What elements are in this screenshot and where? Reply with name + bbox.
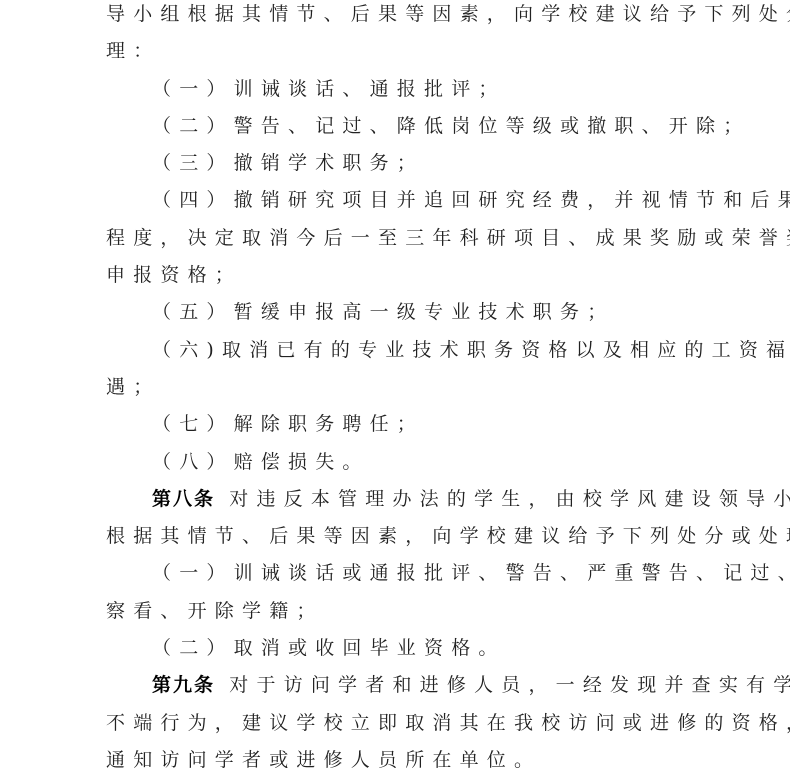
article-9-label: 第九条 [152,674,215,696]
article-8-heading-line: 第八条 对违反本管理办法的学生，由校学风建设领导小组 [106,481,696,518]
list-item: （四）撤销研究项目并追回研究经费，并视情节和后果严重 [106,182,696,219]
text-line: 根据其情节、后果等因素，向学校建议给予下列处分或处理： [106,518,696,555]
list-item: （二）取消或收回毕业资格。 [106,630,696,667]
list-item: （五）暂缓申报高一级专业技术职务； [106,294,696,331]
article-9-heading-line: 第九条 对于访问学者和进修人员，一经发现并查实有学术 [106,667,696,704]
list-item: （八）赔偿损失。 [106,444,696,481]
text-line: 导小组根据其情节、后果等因素，向学校建议给予下列处分或处 [106,0,696,33]
list-item: （一）训诫谈话或通报批评、警告、严重警告、记过、留校 [106,555,696,592]
text-line: 不端行为，建议学校立即取消其在我校访问或进修的资格，同时 [106,705,696,742]
text-line: 察看、开除学籍； [106,593,696,630]
list-item: （三）撤销学术职务； [106,145,696,182]
list-item: （一）训诫谈话、通报批评； [106,71,696,108]
text-line: 申报资格； [106,257,696,294]
text-line: 通知访问学者或进修人员所在单位。 [106,742,696,777]
text-line: 遇； [106,369,696,406]
article-8-label: 第八条 [152,488,215,510]
text-line: 程度，决定取消今后一至三年科研项目、成果奖励或荣誉奖励的 [106,220,696,257]
document-page: 导小组根据其情节、后果等因素，向学校建议给予下列处分或处 理： （一）训诫谈话、… [0,0,790,777]
list-item: （二）警告、记过、降低岗位等级或撤职、开除； [106,108,696,145]
text-line: 理： [106,33,696,70]
list-item: （七）解除职务聘任； [106,406,696,443]
article-8-text: 对违反本管理办法的学生，由校学风建设领导小组 [215,488,790,510]
article-9-text: 对于访问学者和进修人员，一经发现并查实有学术 [215,674,790,696]
document-body: 导小组根据其情节、后果等因素，向学校建议给予下列处分或处 理： （一）训诫谈话、… [106,0,696,777]
list-item: （六)取消已有的专业技术职务资格以及相应的工资福利待 [106,332,696,369]
